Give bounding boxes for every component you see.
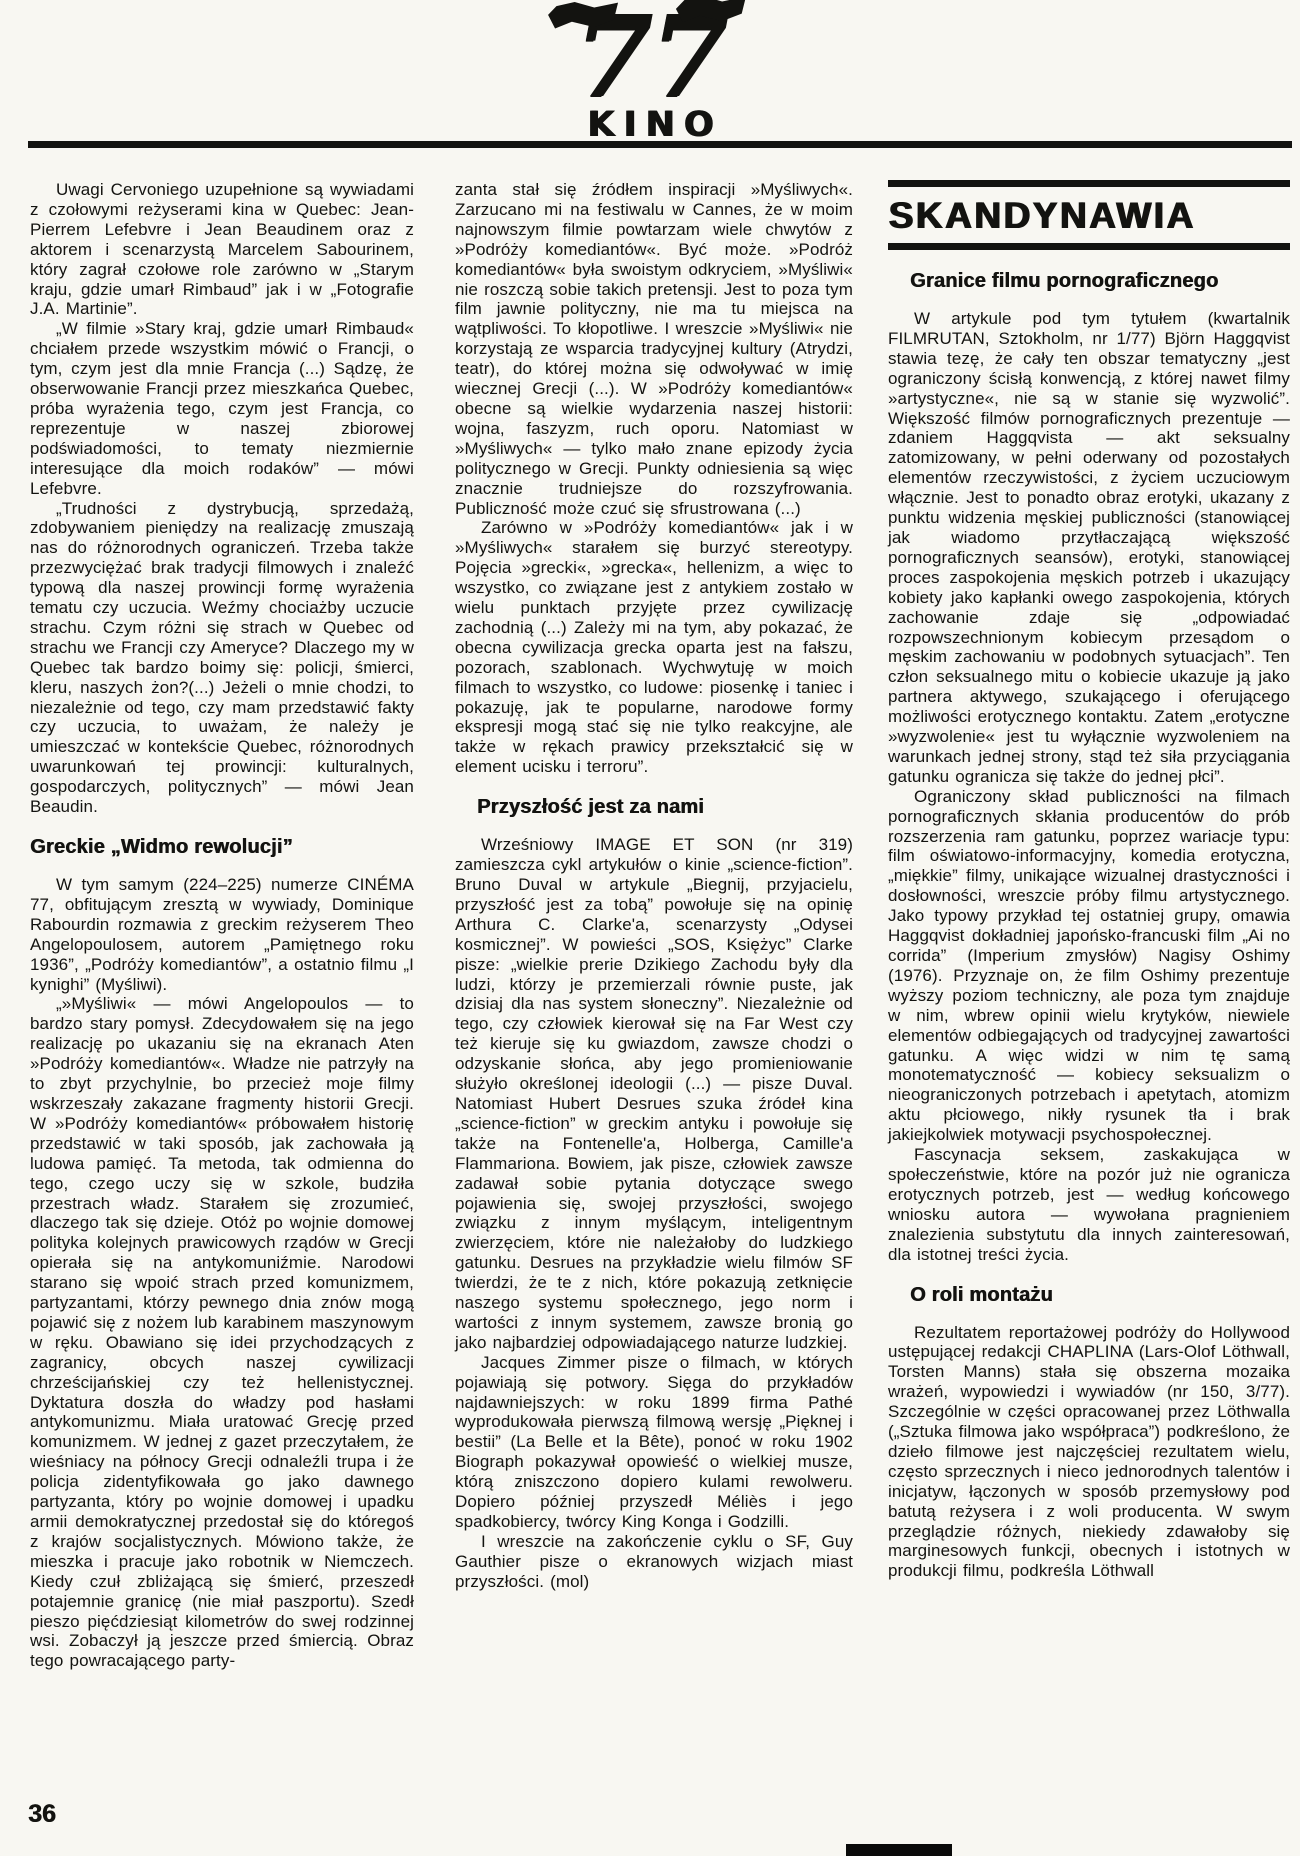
paragraph: Uwagi Cervoniego uzupełnione są wywiadam…: [30, 180, 414, 319]
paragraph: Jacques Zimmer pisze o filmach, w któryc…: [455, 1353, 853, 1532]
kino-77-logo: 77 KINO: [574, 0, 726, 143]
section-heading-o-roli-montazu: O roli montażu: [888, 1284, 1290, 1306]
paragraph: Ograniczony skład publiczności na filmac…: [888, 787, 1290, 1145]
magazine-page: 77 KINO Uwagi Cervoniego uzupełnione są …: [0, 0, 1300, 1856]
column-1: Uwagi Cervoniego uzupełnione są wywiadam…: [30, 180, 414, 1671]
logo-title: KINO: [574, 107, 726, 143]
section-heading-granice-filmu-pornograficznego: Granice filmu pornograficznego: [888, 270, 1290, 292]
paragraph: Zarówno w »Podróży komediantów« jak i w …: [455, 518, 853, 777]
column-2: zanta stał się źródłem inspiracji »Myśli…: [455, 180, 853, 1592]
paragraph: „»Myśliwi« — mówi Angelopoulos — to bard…: [30, 994, 414, 1671]
paragraph: Fascynacja seksem, zaskakująca w społecz…: [888, 1145, 1290, 1264]
print-artifact-mark: [846, 1844, 952, 1856]
paragraph: W artykule pod tym tytułem (kwartalnik F…: [888, 309, 1290, 787]
page-number: 36: [28, 1800, 56, 1829]
section-heading-przyszlosc-jest-za-nami: Przyszłość jest za nami: [455, 796, 853, 818]
paragraph: zanta stał się źródłem inspiracji »Myśli…: [455, 180, 853, 518]
masthead-divider-rule: [28, 141, 1292, 148]
paragraph: W tym samym (224–225) numerze CINÉMA 77,…: [30, 875, 414, 994]
paragraph: Rezultatem reportażowej podróży do Holly…: [888, 1323, 1290, 1582]
column-3: SKANDYNAWIA Granice filmu pornograficzne…: [888, 180, 1290, 1581]
paragraph: „W filmie »Stary kraj, gdzie umarł Rimba…: [30, 319, 414, 498]
section-header-skandynawia: SKANDYNAWIA: [888, 180, 1290, 250]
paragraph: I wreszcie na zakończenie cyklu o SF, Gu…: [455, 1532, 853, 1592]
section-heading-greckie-widmo-rewolucji: Greckie „Widmo rewolucji”: [30, 836, 414, 858]
masthead: 77 KINO: [0, 0, 1300, 143]
paragraph: „Trudności z dystrybucją, sprzedażą, zdo…: [30, 499, 414, 818]
paragraph: Wrześniowy IMAGE ET SON (nr 319) zamiesz…: [455, 835, 853, 1353]
